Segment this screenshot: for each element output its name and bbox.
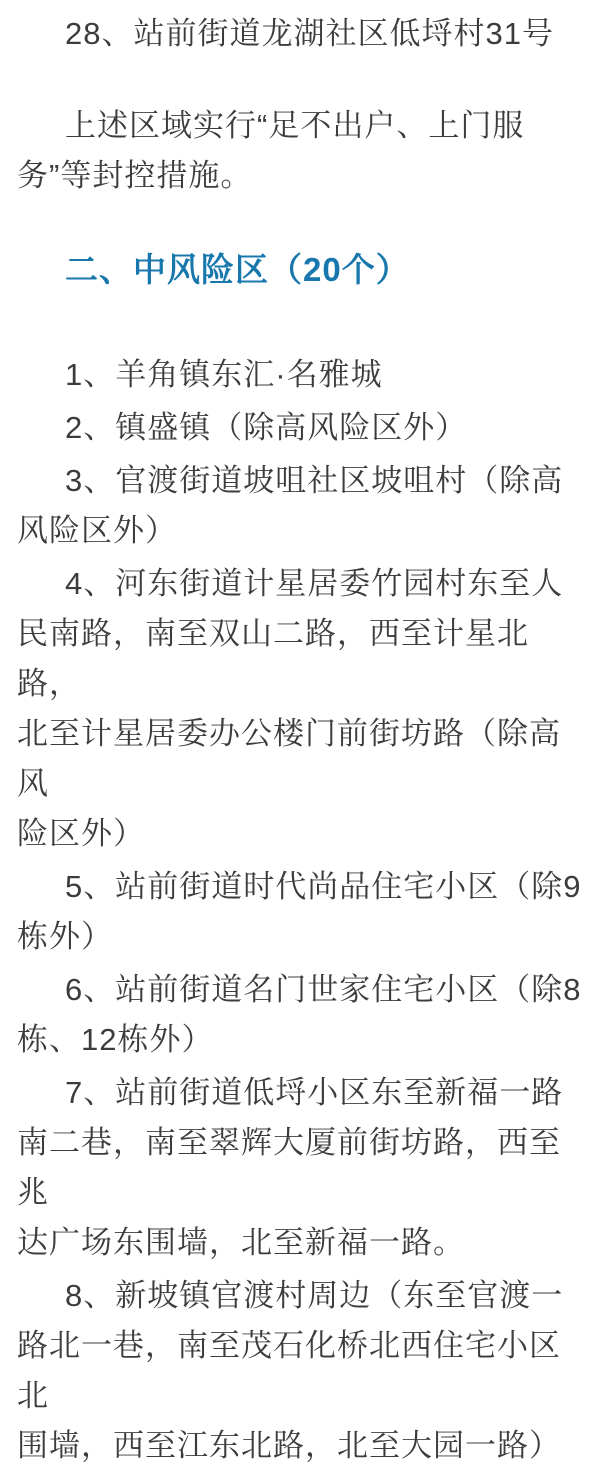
closed-area-item-28: 28、站前街道龙湖社区低埒村31号: [17, 9, 582, 59]
list-item: 3、官渡街道坡咀社区坡咀村（除高 风险区外）: [17, 456, 582, 556]
control-measures-note: 上述区域实行“足不出户、上门服 务”等封控措施。: [17, 101, 582, 201]
section-heading-medium-risk-areas: 二、中风险区（20个）: [17, 245, 582, 295]
list-item: 1、羊角镇东汇·名雅城: [17, 350, 582, 400]
list-item: 6、站前街道名门世家住宅小区（除8 栋、12栋外）: [17, 965, 582, 1065]
list-item: 2、镇盛镇（除高风险区外）: [17, 403, 582, 453]
list-item: 5、站前街道时代尚品住宅小区（除9 栋外）: [17, 862, 582, 962]
medium-risk-area-list: 1、羊角镇东汇·名雅城 2、镇盛镇（除高风险区外） 3、官渡街道坡咀社区坡咀村（…: [17, 350, 582, 1471]
article-body: 28、站前街道龙湖社区低埒村31号 上述区域实行“足不出户、上门服 务”等封控措…: [0, 0, 600, 1480]
list-item: 8、新坡镇官渡村周边（东至官渡一 路北一巷，南至茂石化桥北西住宅小区北 围墙，西…: [17, 1271, 582, 1471]
list-item: 4、河东街道计星居委竹园村东至人 民南路，南至双山二路，西至计星北路， 北至计星…: [17, 559, 582, 859]
list-item: 7、站前街道低埒小区东至新福一路 南二巷，南至翠辉大厦前街坊路，西至兆 达广场东…: [17, 1068, 582, 1268]
